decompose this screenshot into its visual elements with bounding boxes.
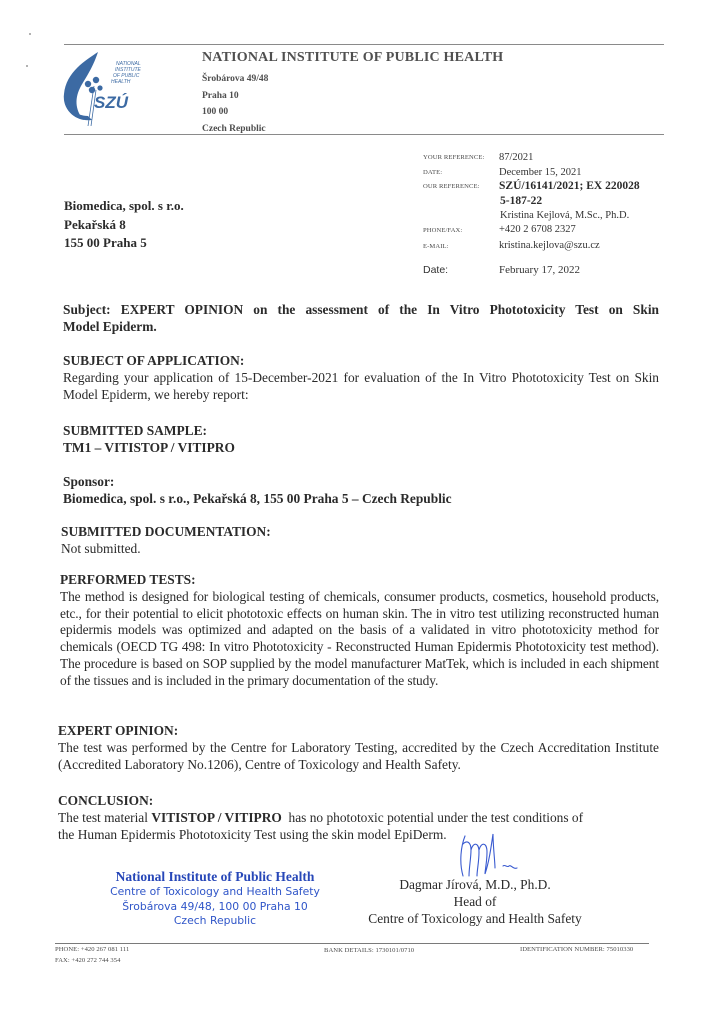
our-reference-label: OUR REFERENCE: — [423, 183, 480, 190]
our-reference-value: SZÚ/16141/2021; EX 220028 — [499, 180, 640, 192]
conclusion-line-1: The test material VITISTOP / VITIPRO has… — [58, 810, 659, 827]
signatory-name: Dagmar Jírová, M.D., Ph.D. — [352, 877, 598, 894]
section-sponsor: Sponsor: Biomedica, spol. s r.o., Pekařs… — [63, 474, 659, 508]
section-heading: SUBMITTED DOCUMENTATION: — [61, 524, 657, 541]
date-value: December 15, 2021 — [499, 167, 582, 178]
signatory-title: Head of — [352, 894, 598, 911]
section-application: SUBJECT OF APPLICATION: Regarding your a… — [63, 353, 659, 403]
institute-postcode: 100 00 — [202, 104, 268, 121]
section-heading: Sponsor: — [63, 474, 659, 491]
header-bottom-rule — [64, 134, 664, 135]
stamp-line-4: Czech Republic — [90, 914, 340, 929]
szu-logo-icon: NATIONAL INSTITUTE OF PUBLIC HEALTH SZÚ — [58, 50, 158, 128]
section-sample: SUBMITTED SAMPLE: TM1 – VITISTOP / VITIP… — [63, 423, 659, 457]
conclusion-text-after: has no phototoxic potential under the te… — [282, 810, 583, 825]
conclusion-material: VITISTOP / VITIPRO — [151, 810, 281, 825]
documentation-value: Not submitted. — [61, 541, 657, 558]
section-heading: SUBJECT OF APPLICATION: — [63, 353, 659, 370]
scan-mark — [29, 33, 31, 35]
sponsor-value: Biomedica, spol. s r.o., Pekařská 8, 155… — [63, 491, 659, 508]
section-text: The test was performed by the Centre for… — [58, 740, 659, 774]
section-conclusion: CONCLUSION: The test material VITISTOP /… — [58, 793, 659, 843]
signatory-department: Centre of Toxicology and Health Safety — [352, 911, 598, 928]
institute-city: Praha 10 — [202, 88, 268, 105]
footer-fax: FAX: +420 272 744 354 — [55, 957, 120, 964]
section-text: The method is designed for biological te… — [60, 589, 659, 690]
email-value[interactable]: kristina.kejlova@szu.cz — [499, 240, 600, 251]
subject-line-2: Model Epiderm. — [63, 319, 659, 336]
phone-fax-label: PHONE/FAX: — [423, 227, 462, 234]
your-reference-value: 87/2021 — [499, 152, 533, 163]
svg-text:SZÚ: SZÚ — [94, 93, 129, 112]
svg-text:HEALTH: HEALTH — [111, 79, 131, 85]
handwritten-signature-icon — [455, 832, 545, 882]
contact-person: Kristina Kejlová, M.Sc., Ph.D. — [500, 210, 629, 221]
phone-fax-value: +420 2 6708 2327 — [499, 224, 576, 235]
conclusion-line-2: the Human Epidermis Phototoxicity Test u… — [58, 827, 659, 844]
institute-address: Šrobárova 49/48 Praha 10 100 00 Czech Re… — [202, 71, 268, 137]
section-expert-opinion: EXPERT OPINION: The test was performed b… — [58, 723, 659, 773]
addressee-line-2: Pekařská 8 — [64, 216, 184, 235]
stamp-line-3: Šrobárova 49/48, 100 00 Praha 10 — [90, 900, 340, 915]
scan-mark — [26, 65, 28, 67]
email-label: E-MAIL: — [423, 243, 449, 250]
section-heading: EXPERT OPINION: — [58, 723, 659, 740]
institute-name: NATIONAL INSTITUTE OF PUBLIC HEALTH — [202, 50, 503, 66]
section-heading: PERFORMED TESTS: — [60, 572, 659, 589]
addressee-line-3: 155 00 Praha 5 — [64, 234, 184, 253]
footer-bank-details: BANK DETAILS: 1730101/0710 — [324, 947, 414, 954]
section-text: Regarding your application of 15-Decembe… — [63, 370, 659, 404]
date-label: DATE: — [423, 169, 442, 176]
section-heading: SUBMITTED SAMPLE: — [63, 423, 659, 440]
stamp-line-1: National Institute of Public Health — [90, 869, 340, 885]
conclusion-text-before: The test material — [58, 810, 151, 825]
sample-value: TM1 – VITISTOP / VITIPRO — [63, 440, 659, 457]
addressee-line-1: Biomedica, spol. s r.o. — [64, 197, 184, 216]
our-reference-value-2: 5-187-22 — [500, 195, 542, 207]
institute-stamp: National Institute of Public Health Cent… — [90, 869, 340, 929]
footer-rule — [55, 943, 649, 944]
header-top-rule — [64, 44, 664, 45]
section-documentation: SUBMITTED DOCUMENTATION: Not submitted. — [61, 524, 657, 558]
addressee: Biomedica, spol. s r.o. Pekařská 8 155 0… — [64, 197, 184, 253]
section-performed-tests: PERFORMED TESTS: The method is designed … — [60, 572, 659, 690]
letter-date-value: February 17, 2022 — [499, 264, 580, 276]
signatory: Dagmar Jírová, M.D., Ph.D. Head of Centr… — [352, 877, 598, 927]
subject-line-1: Subject: EXPERT OPINION on the assessmen… — [63, 302, 659, 319]
your-reference-label: YOUR REFERENCE: — [423, 154, 484, 161]
stamp-line-2: Centre of Toxicology and Health Safety — [90, 885, 340, 900]
section-heading: CONCLUSION: — [58, 793, 659, 810]
footer-identification-number: IDENTIFICATION NUMBER: 75010330 — [520, 946, 633, 953]
subject: Subject: EXPERT OPINION on the assessmen… — [63, 302, 659, 336]
institute-street: Šrobárova 49/48 — [202, 71, 268, 88]
letter-date-label: Date: — [423, 264, 448, 276]
footer-phone: PHONE: +420 267 081 111 — [55, 946, 129, 953]
